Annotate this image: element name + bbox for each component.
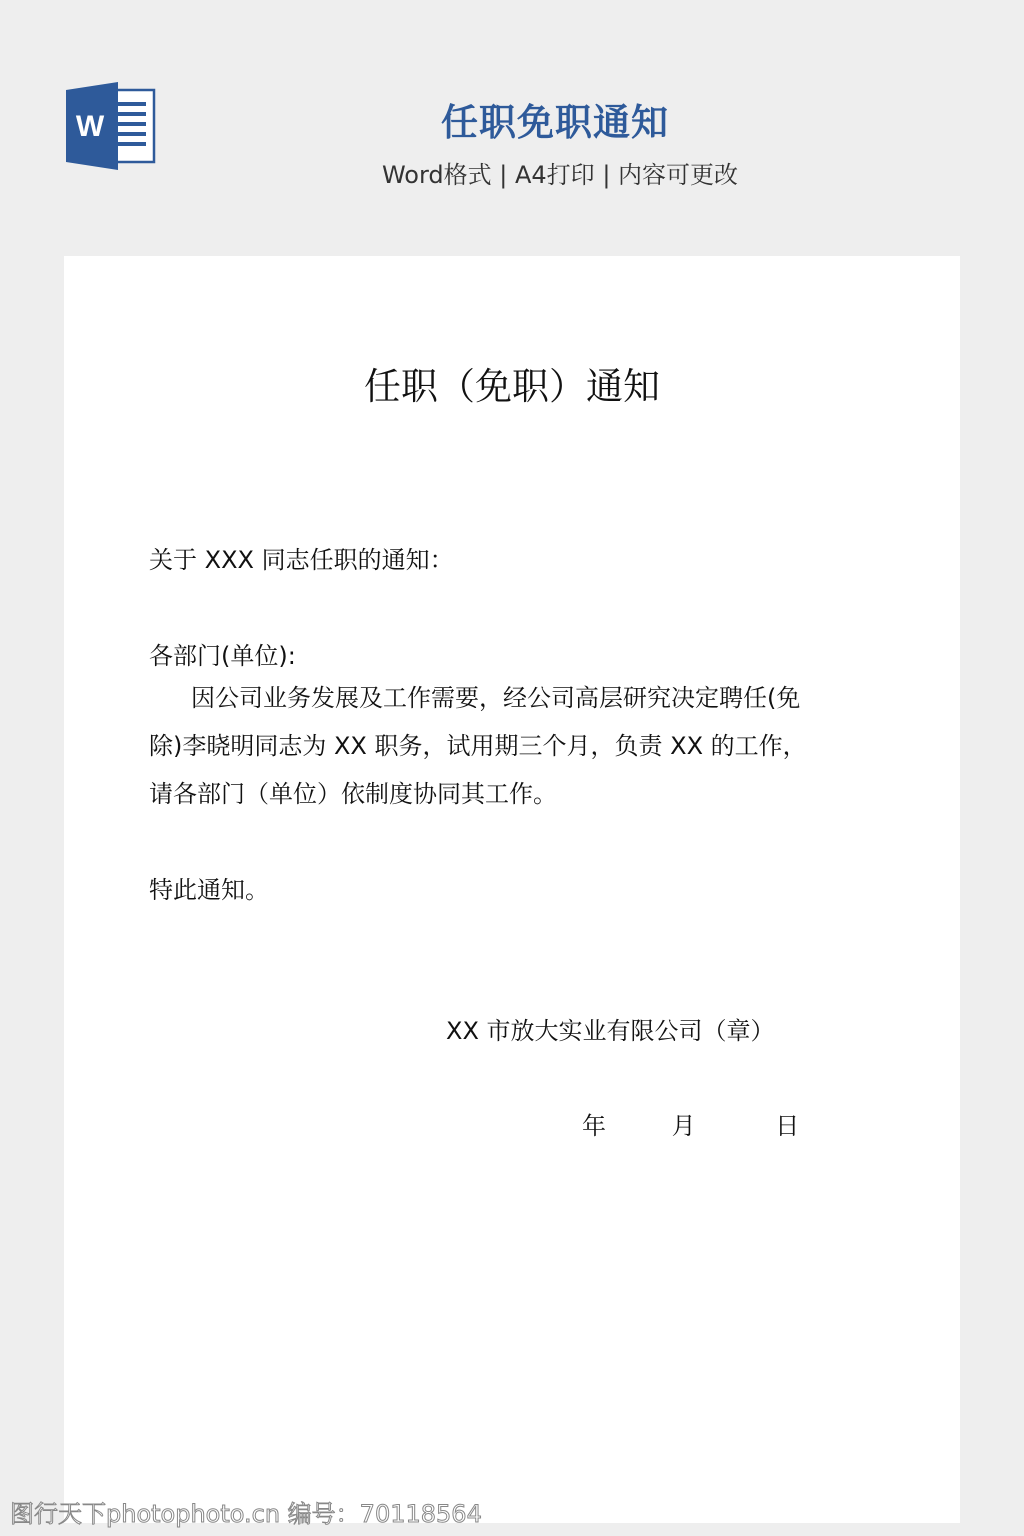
salutation: 各部门(单位):	[149, 636, 296, 671]
document-title: 任职（免职）通知	[64, 356, 960, 410]
word-icon: W	[64, 82, 156, 170]
closing: 特此通知。	[149, 870, 269, 905]
signature: XX 市放大实业有限公司（章）	[446, 1011, 775, 1046]
header-title: 任职免职通知	[380, 92, 730, 146]
date-month: 月	[672, 1106, 768, 1141]
svg-text:W: W	[76, 110, 105, 143]
date-row: 年 月 日	[582, 1106, 799, 1141]
watermark: 图行天下photophoto.cn 编号：70118564	[10, 1494, 482, 1529]
document-page: 任职（免职）通知 关于 XXX 同志任职的通知： 各部门(单位): 因公司业务发…	[64, 256, 960, 1523]
date-year: 年	[582, 1106, 664, 1141]
heading-line: 关于 XXX 同志任职的通知：	[149, 540, 454, 575]
body-line: 因公司业务发展及工作需要，经公司高层研究决定聘任(免	[149, 674, 889, 722]
body-paragraph: 因公司业务发展及工作需要，经公司高层研究决定聘任(免 除)李晓明同志为 XX 职…	[149, 674, 889, 818]
date-day: 日	[775, 1106, 799, 1141]
header-subtitle: Word格式 | A4打印 | 内容可更改	[330, 155, 790, 190]
body-line: 请各部门（单位）依制度协同其工作。	[149, 770, 889, 818]
body-line: 除)李晓明同志为 XX 职务，试用期三个月，负责 XX 的工作，	[149, 722, 889, 770]
